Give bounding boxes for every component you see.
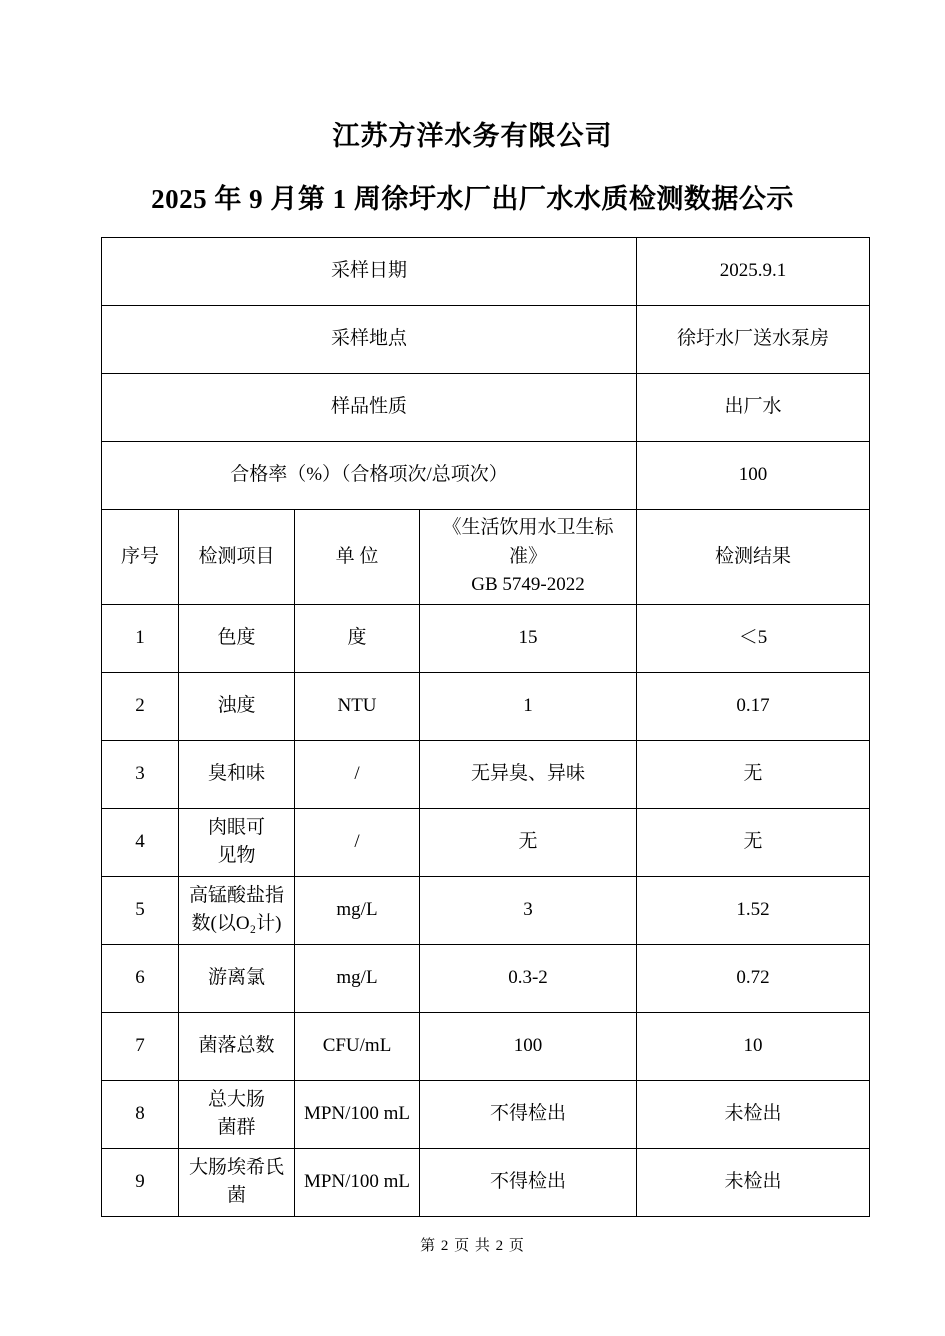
row-unit: CFU/mL (295, 1012, 420, 1080)
row-index: 5 (102, 876, 179, 944)
info-row-pass-rate: 合格率（%）（合格项次/总项次） 100 (102, 442, 870, 510)
row-item: 总大肠 菌群 (179, 1080, 295, 1148)
water-quality-table: 采样日期 2025.9.1 采样地点 徐圩水厂送水泵房 样品性质 出厂水 合格率… (101, 237, 870, 1217)
row-result: 未检出 (637, 1148, 870, 1216)
row-standard: 不得检出 (420, 1080, 637, 1148)
row-item: 色度 (179, 604, 295, 672)
sampling-location-value: 徐圩水厂送水泵房 (637, 306, 870, 374)
row-result: 1.52 (637, 876, 870, 944)
row-unit: NTU (295, 672, 420, 740)
row-unit: mg/L (295, 944, 420, 1012)
row-result: 10 (637, 1012, 870, 1080)
row-unit: MPN/100 mL (295, 1080, 420, 1148)
row-item: 浊度 (179, 672, 295, 740)
company-title: 江苏方洋水务有限公司 (0, 0, 945, 153)
row-standard: 无异臭、异味 (420, 740, 637, 808)
table-row: 6 游离氯 mg/L 0.3-2 0.72 (102, 944, 870, 1012)
row-standard: 15 (420, 604, 637, 672)
row-unit: 度 (295, 604, 420, 672)
document-page: 江苏方洋水务有限公司 2025 年 9 月第 1 周徐圩水厂出厂水水质检测数据公… (0, 0, 945, 1336)
row-item: 菌落总数 (179, 1012, 295, 1080)
sample-type-label: 样品性质 (102, 374, 637, 442)
table-row: 7 菌落总数 CFU/mL 100 10 (102, 1012, 870, 1080)
page-number: 第 2 页 共 2 页 (0, 1234, 945, 1255)
header-unit: 单 位 (295, 510, 420, 605)
table-row: 3 臭和味 / 无异臭、异味 无 (102, 740, 870, 808)
table-row: 9 大肠埃希氏 菌 MPN/100 mL 不得检出 未检出 (102, 1148, 870, 1216)
pass-rate-label: 合格率（%）（合格项次/总项次） (102, 442, 637, 510)
table-row: 1 色度 度 15 ＜5 (102, 604, 870, 672)
report-title: 2025 年 9 月第 1 周徐圩水厂出厂水水质检测数据公示 (0, 177, 945, 216)
row-result: ＜5 (637, 604, 870, 672)
sampling-date-value: 2025.9.1 (637, 238, 870, 306)
row-unit: / (295, 740, 420, 808)
info-row-sampling-location: 采样地点 徐圩水厂送水泵房 (102, 306, 870, 374)
info-row-sampling-date: 采样日期 2025.9.1 (102, 238, 870, 306)
header-item: 检测项目 (179, 510, 295, 605)
row-index: 7 (102, 1012, 179, 1080)
header-index: 序号 (102, 510, 179, 605)
row-item: 大肠埃希氏 菌 (179, 1148, 295, 1216)
row-index: 8 (102, 1080, 179, 1148)
info-row-sample-type: 样品性质 出厂水 (102, 374, 870, 442)
table-row: 4 肉眼可 见物 / 无 无 (102, 808, 870, 876)
row-result: 0.72 (637, 944, 870, 1012)
row-standard: 0.3-2 (420, 944, 637, 1012)
row-unit: mg/L (295, 876, 420, 944)
row-index: 2 (102, 672, 179, 740)
row-standard: 100 (420, 1012, 637, 1080)
row-index: 1 (102, 604, 179, 672)
sampling-date-label: 采样日期 (102, 238, 637, 306)
sample-type-value: 出厂水 (637, 374, 870, 442)
row-result: 0.17 (637, 672, 870, 740)
pass-rate-value: 100 (637, 442, 870, 510)
table-header-row: 序号 检测项目 单 位 《生活饮用水卫生标准》 GB 5749-2022 检测结… (102, 510, 870, 605)
table-row: 8 总大肠 菌群 MPN/100 mL 不得检出 未检出 (102, 1080, 870, 1148)
row-unit: / (295, 808, 420, 876)
row-index: 3 (102, 740, 179, 808)
row-result: 无 (637, 740, 870, 808)
row-item: 肉眼可 见物 (179, 808, 295, 876)
row-item: 臭和味 (179, 740, 295, 808)
table-row: 2 浊度 NTU 1 0.17 (102, 672, 870, 740)
row-unit: MPN/100 mL (295, 1148, 420, 1216)
row-item: 高锰酸盐指 数(以O₂计) (179, 876, 295, 944)
header-standard: 《生活饮用水卫生标准》 GB 5749-2022 (420, 510, 637, 605)
row-result: 无 (637, 808, 870, 876)
row-standard: 无 (420, 808, 637, 876)
header-result: 检测结果 (637, 510, 870, 605)
row-standard: 不得检出 (420, 1148, 637, 1216)
row-index: 4 (102, 808, 179, 876)
table-row: 5 高锰酸盐指 数(以O₂计) mg/L 3 1.52 (102, 876, 870, 944)
row-index: 6 (102, 944, 179, 1012)
row-result: 未检出 (637, 1080, 870, 1148)
row-standard: 3 (420, 876, 637, 944)
row-item: 游离氯 (179, 944, 295, 1012)
row-index: 9 (102, 1148, 179, 1216)
row-standard: 1 (420, 672, 637, 740)
sampling-location-label: 采样地点 (102, 306, 637, 374)
